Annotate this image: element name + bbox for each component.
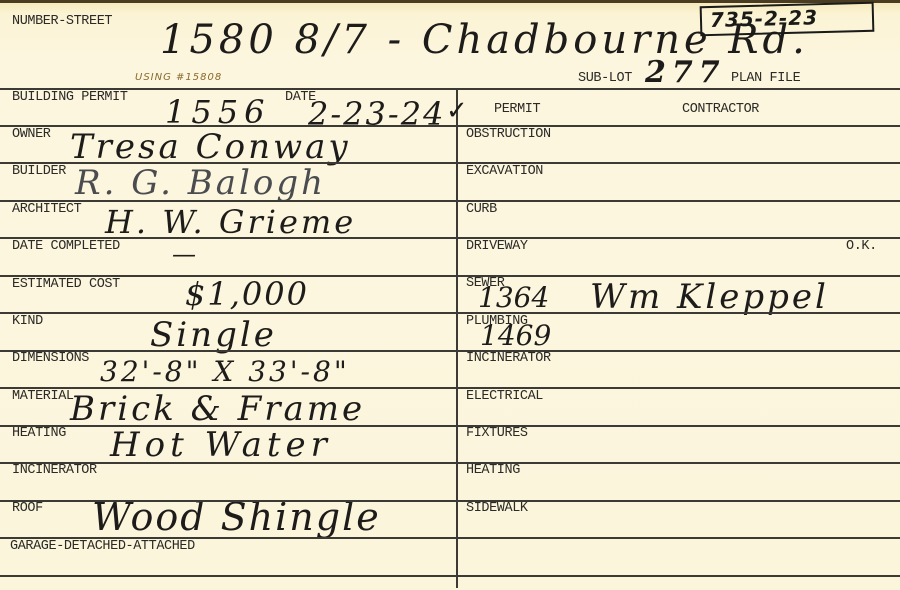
ruled-line bbox=[0, 387, 456, 389]
ruled-line bbox=[456, 312, 900, 314]
plumbing-permit: 1469 bbox=[480, 322, 551, 350]
sub-lot-value: 277 bbox=[645, 58, 726, 88]
ruled-line bbox=[456, 275, 900, 277]
obstruction-label: OBSTRUCTION bbox=[466, 128, 551, 142]
date-completed-value: — bbox=[172, 242, 196, 266]
divider-line bbox=[0, 88, 900, 90]
ruled-line bbox=[456, 350, 900, 352]
material-value: Brick & Frame bbox=[70, 392, 365, 426]
plan-file-label: PLAN FILE bbox=[731, 72, 800, 86]
ruled-line bbox=[0, 350, 456, 352]
ruled-line bbox=[0, 312, 456, 314]
permit-column-header: PERMIT bbox=[494, 103, 540, 117]
roof-value: Wood Shingle bbox=[92, 498, 381, 536]
architect-label: ARCHITECT bbox=[12, 203, 81, 217]
ruled-line bbox=[456, 237, 900, 239]
driveway-label: DRIVEWAY bbox=[466, 240, 528, 254]
contractor-column-header: CONTRACTOR bbox=[682, 103, 759, 117]
fixtures-label: FIXTURES bbox=[466, 427, 528, 441]
garage-label: GARAGE-DETACHED-ATTACHED bbox=[10, 540, 195, 554]
ruled-line bbox=[456, 125, 900, 127]
dimensions-value: 32'-8" X 33'-8" bbox=[100, 358, 350, 386]
file-stamp-text: 735-2-23 bbox=[710, 5, 819, 32]
builder-value: R. G. Balogh bbox=[75, 166, 326, 200]
permit-card: NUMBER-STREET 1580 8/7 - Chadbourne Rd. … bbox=[0, 0, 900, 590]
ruled-line bbox=[456, 537, 900, 539]
incinerator-permit-label: INCINERATOR bbox=[466, 352, 551, 366]
excavation-label: EXCAVATION bbox=[466, 165, 543, 179]
estimated-cost-label: ESTIMATED COST bbox=[12, 278, 120, 292]
estimated-cost-value: $1,000 bbox=[185, 278, 309, 310]
heating-value: Hot Water bbox=[110, 428, 332, 462]
ruled-line bbox=[456, 500, 900, 502]
kind-label: KIND bbox=[12, 315, 43, 329]
ruled-line bbox=[0, 462, 456, 464]
dimensions-label: DIMENSIONS bbox=[12, 352, 89, 366]
ruled-line bbox=[0, 200, 456, 202]
ruled-line bbox=[0, 125, 456, 127]
heating-permit-label: HEATING bbox=[466, 464, 520, 478]
using-note: USING #15808 bbox=[135, 72, 222, 83]
ruled-line bbox=[456, 200, 900, 202]
architect-value: H. W. Grieme bbox=[105, 206, 356, 238]
checkmark-icon: ✓ bbox=[446, 96, 468, 126]
material-label: MATERIAL bbox=[12, 390, 74, 404]
kind-value: Single bbox=[150, 318, 277, 352]
owner-value: Tresa Conway bbox=[70, 130, 351, 164]
ruled-line bbox=[456, 162, 900, 164]
sewer-permit: 1364 bbox=[478, 284, 549, 312]
number-street-label: NUMBER-STREET bbox=[12, 15, 112, 29]
curb-label: CURB bbox=[466, 203, 497, 217]
ruled-line bbox=[0, 537, 456, 539]
ruled-line bbox=[0, 425, 456, 427]
ruled-line bbox=[456, 425, 900, 427]
driveway-note: O.K. bbox=[846, 240, 877, 254]
ruled-line bbox=[0, 275, 456, 277]
sidewalk-label: SIDEWALK bbox=[466, 502, 528, 516]
date-completed-label: DATE COMPLETED bbox=[12, 240, 120, 254]
ruled-line bbox=[0, 237, 456, 239]
heating-label: HEATING bbox=[12, 427, 66, 441]
ruled-line bbox=[456, 575, 900, 577]
sewer-contractor: Wm Kleppel bbox=[590, 280, 829, 314]
roof-label: ROOF bbox=[12, 502, 43, 516]
builder-label: BUILDER bbox=[12, 165, 66, 179]
building-permit-label: BUILDING PERMIT bbox=[12, 91, 128, 105]
ruled-line bbox=[0, 500, 456, 502]
ruled-line bbox=[456, 387, 900, 389]
electrical-label: ELECTRICAL bbox=[466, 390, 543, 404]
sub-lot-label: SUB-LOT bbox=[578, 72, 632, 86]
building-permit-value: 1556 bbox=[165, 96, 270, 128]
owner-label: OWNER bbox=[12, 128, 51, 142]
ruled-line bbox=[456, 462, 900, 464]
ruled-line bbox=[0, 162, 456, 164]
incinerator-label: INCINERATOR bbox=[12, 464, 97, 478]
file-stamp: 735-2-23 bbox=[700, 2, 875, 37]
ruled-line bbox=[0, 575, 456, 577]
